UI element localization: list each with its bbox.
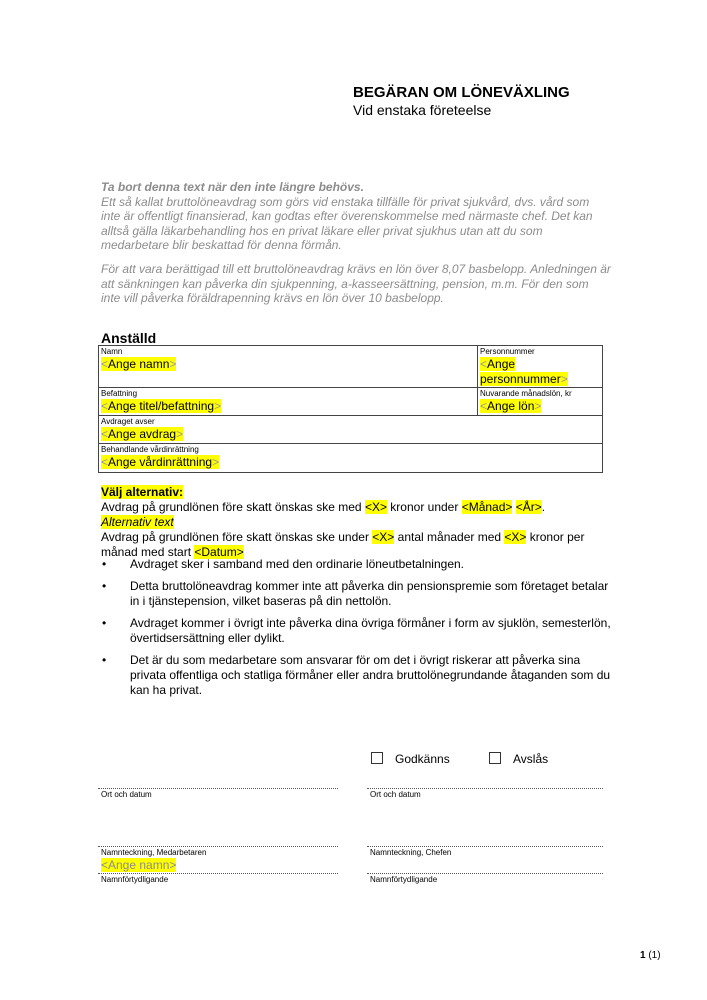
document-subtitle: Vid enstaka företeelse <box>353 102 491 118</box>
manager-signature-label: Namnteckning, Chefen <box>370 848 451 857</box>
name-label: Namn <box>101 347 475 356</box>
divider <box>367 846 603 847</box>
reject-checkbox[interactable]: Avslås <box>489 752 548 766</box>
alternatives-heading: Välj alternativ: <box>101 485 183 499</box>
deduction-field[interactable]: <Ange avdrag> <box>101 427 183 441</box>
title-cell[interactable]: Befattning <Ange titel/befattning> <box>99 388 478 416</box>
title-field[interactable]: <Ange titel/befattning> <box>101 399 221 413</box>
checkbox-icon[interactable] <box>489 752 501 764</box>
list-item: •Avdraget kommer i övrigt inte påverka d… <box>101 616 611 646</box>
salary-label: Nuvarande månadslön, kr <box>480 389 600 398</box>
list-item: •Avdraget sker i samband med den ordinar… <box>101 557 611 572</box>
option2-months-field[interactable]: <X> <box>372 530 394 544</box>
checkbox-icon[interactable] <box>371 752 383 764</box>
approve-checkbox[interactable]: Godkänns <box>371 752 450 766</box>
employee-form-table: Namn <Ange namn> Personnummer <Angeperso… <box>98 345 603 473</box>
bullet-icon: • <box>102 557 106 572</box>
alternatives-block: Välj alternativ: Avdrag på grundlönen fö… <box>101 485 611 560</box>
info-paragraph-2: För att vara berättigad till ett bruttol… <box>101 262 611 306</box>
care-provider-cell[interactable]: Behandlande vårdinrättning <Ange vårdinr… <box>99 444 603 473</box>
employee-place-date-label: Ort och datum <box>101 790 152 799</box>
manager-clarification-label: Namnförtydligande <box>370 875 437 884</box>
bullet-icon: • <box>102 579 106 594</box>
terms-list: •Avdraget sker i samband med den ordinar… <box>101 557 611 705</box>
page-number: 1 (1) <box>640 950 661 961</box>
divider <box>98 846 338 847</box>
bullet-icon: • <box>102 616 106 631</box>
personal-number-cell[interactable]: Personnummer <Angepersonnummer> <box>478 346 603 388</box>
list-item: •Det är du som medarbetare som ansvarar … <box>101 653 611 698</box>
option-1: Avdrag på grundlönen före skatt önskas s… <box>101 500 611 515</box>
name-cell[interactable]: Namn <Ange namn> <box>99 346 478 388</box>
option1-year-field[interactable]: <År> <box>516 500 542 514</box>
salary-cell[interactable]: Nuvarande månadslön, kr <Ange lön> <box>478 388 603 416</box>
deduction-cell[interactable]: Avdraget avser <Ange avdrag> <box>99 416 603 444</box>
employee-section-title: Anställd <box>101 330 156 346</box>
personal-number-field[interactable]: <Angepersonnummer> <box>480 357 600 387</box>
salary-field[interactable]: <Ange lön> <box>480 399 541 413</box>
employee-signature-label: Namnteckning, Medarbetaren <box>101 848 206 857</box>
manager-place-date-label: Ort och datum <box>370 790 421 799</box>
employee-clarification-label: Namnförtydligande <box>101 875 168 884</box>
divider <box>98 873 338 874</box>
option-2: Avdrag på grundlönen före skatt önskas s… <box>101 530 611 560</box>
title-label: Befattning <box>101 389 475 398</box>
care-provider-label: Behandlande vårdinrättning <box>101 445 600 454</box>
divider <box>367 873 603 874</box>
info-heading: Ta bort denna text när den inte längre b… <box>101 180 611 195</box>
employee-name-field[interactable]: <Ange namn> <box>101 858 176 872</box>
name-field[interactable]: <Ange namn> <box>101 357 176 371</box>
list-item: •Detta bruttolöneavdrag kommer inte att … <box>101 579 611 609</box>
option1-month-field[interactable]: <Månad> <box>462 500 513 514</box>
care-provider-field[interactable]: <Ange vårdinrättning> <box>101 455 219 469</box>
info-block: Ta bort denna text när den inte längre b… <box>101 180 611 253</box>
alternative-text-label: Alternativ text <box>101 515 174 529</box>
personal-number-label: Personnummer <box>480 347 600 356</box>
bullet-icon: • <box>102 653 106 668</box>
divider <box>367 788 603 789</box>
info-paragraph-1: Ett så kallat bruttolöneavdrag som görs … <box>101 195 611 253</box>
option2-amount-field[interactable]: <X> <box>504 530 526 544</box>
divider <box>98 788 338 789</box>
document-title: BEGÄRAN OM LÖNEVÄXLING <box>353 84 570 101</box>
deduction-label: Avdraget avser <box>101 417 600 426</box>
option1-amount-field[interactable]: <X> <box>365 500 387 514</box>
